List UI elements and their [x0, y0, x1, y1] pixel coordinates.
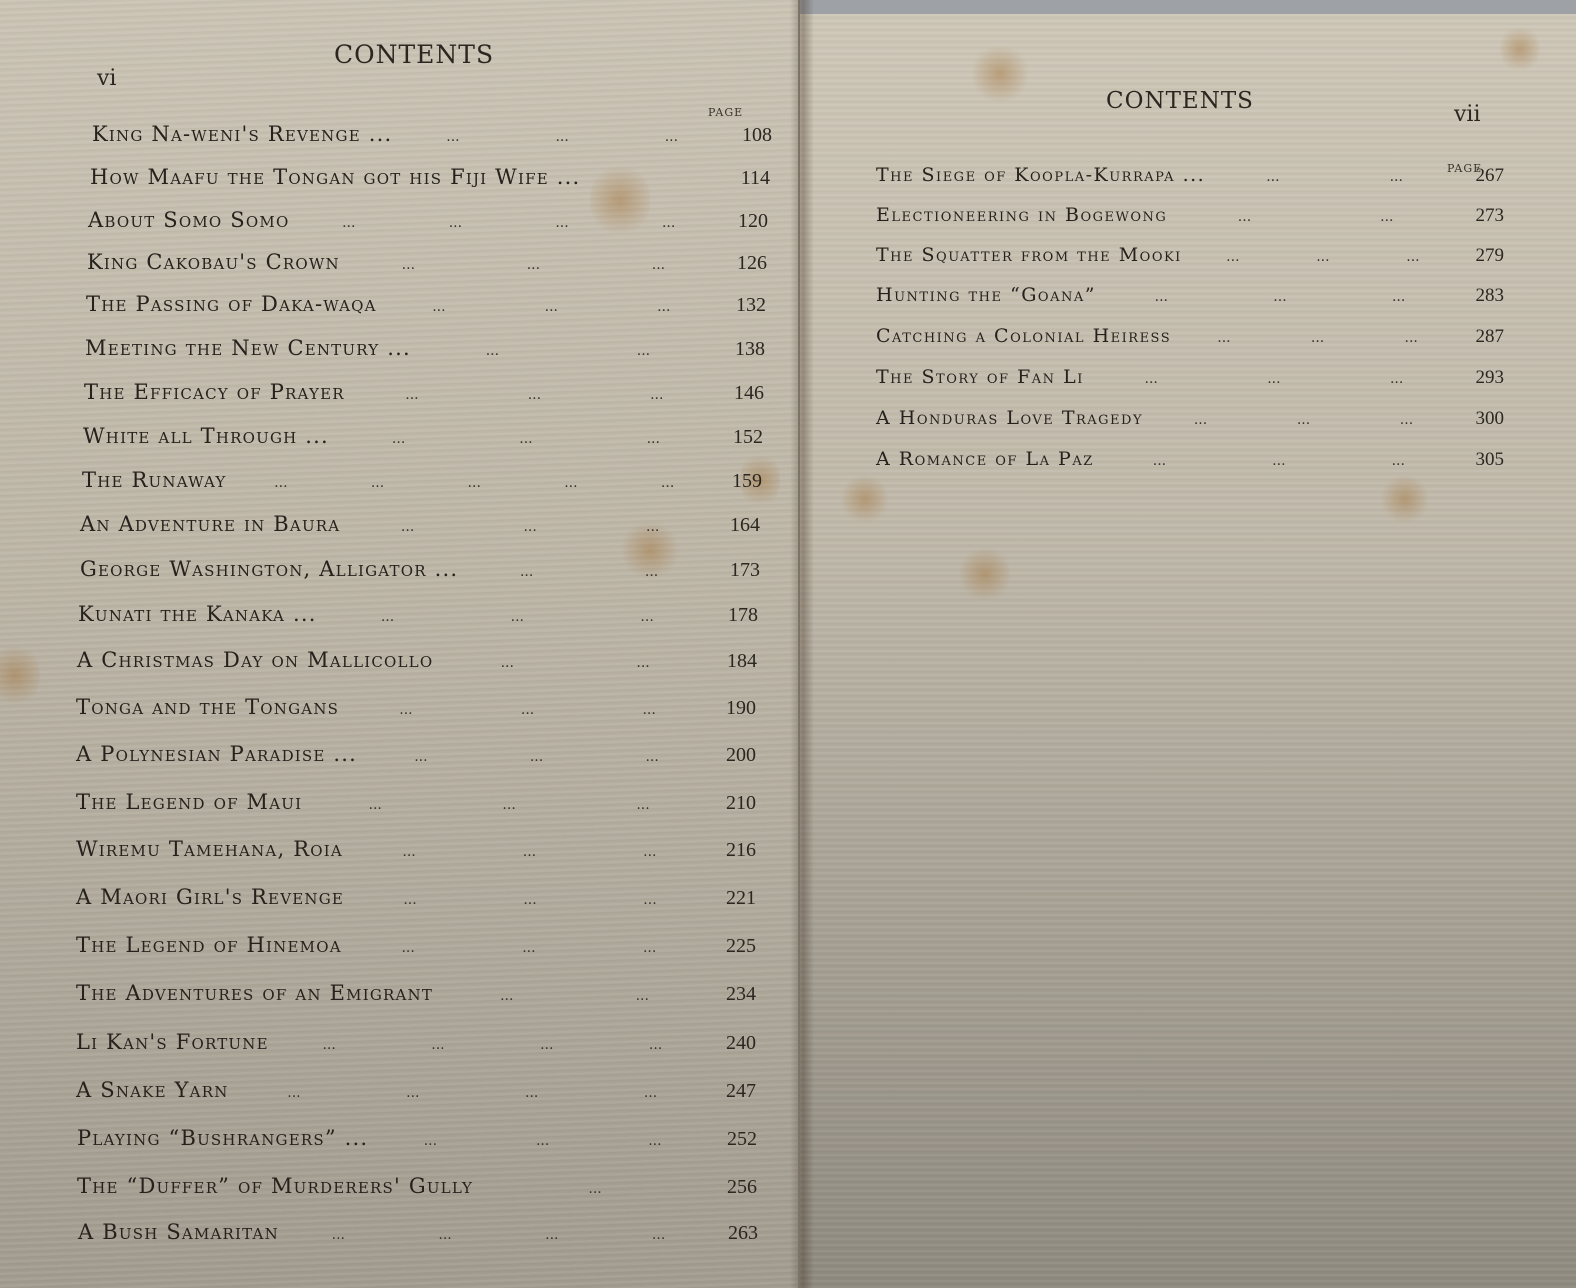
entry-title: The Adventures of an Emigrant [76, 981, 433, 1005]
right-page: CONTENTS vii PAGE The Siege of Koopla-Ku… [800, 14, 1576, 1288]
foxing-stain [0, 640, 40, 710]
entry-title: An Adventure in Baura [80, 512, 340, 536]
page-number-folio: vi [97, 66, 116, 91]
dot-leader: ............ [229, 1085, 716, 1101]
entry-page-number: 267 [1464, 165, 1504, 187]
entry-title: A Snake Yarn [76, 1078, 229, 1102]
entry-title: The Efficacy of Prayer [84, 380, 345, 404]
dot-leader: ......... [1084, 371, 1464, 387]
toc-entry[interactable]: The Passing of Daka-waqa.........132 [86, 292, 766, 317]
toc-entry[interactable]: About Somo Somo............120 [88, 208, 768, 233]
dot-leader: ......... [340, 257, 727, 273]
entry-page-number: 178 [718, 604, 758, 627]
entry-title: The Passing of Daka-waqa [86, 292, 377, 316]
foxing-stain [960, 544, 1010, 604]
book-spread: vi CONTENTS PAGE King Na-weni's Revenge … [0, 0, 1576, 1288]
entry-page-number: 200 [716, 744, 756, 767]
entry-title: A Polynesian Paradise ... [76, 742, 357, 766]
toc-entry[interactable]: Kunati the Kanaka ............178 [78, 602, 758, 627]
toc-entry[interactable]: Electioneering in Bogewong......273 [876, 204, 1504, 227]
toc-entry[interactable]: Li Kan's Fortune............240 [76, 1030, 756, 1055]
entry-title: Li Kan's Fortune [76, 1030, 269, 1054]
entry-page-number: 184 [717, 650, 757, 673]
dot-leader: ... [473, 1181, 717, 1197]
dot-leader: ............... [227, 475, 722, 491]
entry-page-number: 210 [716, 792, 756, 815]
toc-entry[interactable]: George Washington, Alligator .........17… [80, 557, 760, 582]
entry-page-number: 252 [717, 1128, 757, 1151]
entry-page-number: 146 [724, 382, 764, 405]
toc-entry[interactable]: Playing “Bushrangers” ............252 [77, 1126, 757, 1151]
dot-leader: ......... [343, 844, 716, 860]
entry-title: The Legend of Maui [76, 790, 302, 814]
entry-page-number: 221 [716, 887, 756, 910]
toc-entry[interactable]: White all Through ............152 [83, 424, 763, 449]
entry-page-number: 300 [1464, 408, 1504, 430]
toc-entry[interactable]: The Adventures of an Emigrant......234 [76, 981, 756, 1006]
toc-entry[interactable]: The Legend of Hinemoa.........225 [76, 933, 756, 958]
entry-page-number: 283 [1464, 285, 1504, 307]
entry-title: A Maori Girl's Revenge [76, 885, 344, 909]
entry-title: The Legend of Hinemoa [76, 933, 342, 957]
foxing-stain [970, 44, 1030, 104]
dot-leader: ...... [433, 655, 717, 671]
dot-leader: ......... [344, 892, 716, 908]
page-number-folio: vii [1454, 102, 1481, 127]
dot-leader: ......... [345, 387, 724, 403]
toc-entry[interactable]: The Legend of Maui.........210 [76, 790, 756, 815]
dot-leader: ...... [1205, 169, 1464, 185]
toc-entry[interactable]: The Siege of Koopla-Kurrapa .........267 [876, 164, 1504, 187]
foxing-stain [1380, 474, 1430, 524]
toc-entry[interactable]: The Runaway...............159 [82, 468, 762, 493]
toc-entry[interactable]: A Christmas Day on Mallicollo......184 [77, 648, 757, 673]
entry-title: Tonga and the Tongans [76, 695, 339, 719]
entry-page-number: 293 [1464, 367, 1504, 389]
dot-leader: ...... [1167, 209, 1464, 225]
dot-leader: ......... [339, 702, 716, 718]
toc-entry[interactable]: A Romance of La Paz.........305 [876, 448, 1504, 471]
toc-entry[interactable]: King Cakobau's Crown.........126 [87, 250, 767, 275]
entry-title: How Maafu the Tongan got his Fiji Wife .… [90, 165, 580, 189]
toc-entry[interactable]: Tonga and the Tongans.........190 [76, 695, 756, 720]
toc-entry[interactable]: A Maori Girl's Revenge.........221 [76, 885, 756, 910]
entry-title: Catching a Colonial Heiress [876, 325, 1171, 347]
entry-page-number: 216 [716, 839, 756, 862]
toc-entry[interactable]: The Story of Fan Li.........293 [876, 366, 1504, 389]
entry-page-number: 190 [716, 697, 756, 720]
entry-title: Electioneering in Bogewong [876, 204, 1167, 226]
left-page: vi CONTENTS PAGE King Na-weni's Revenge … [0, 0, 798, 1288]
foxing-stain [1500, 24, 1540, 74]
entry-page-number: 159 [722, 470, 762, 493]
entry-title: The Story of Fan Li [876, 366, 1084, 388]
background-strip [800, 0, 1576, 14]
entry-page-number: 164 [720, 514, 760, 537]
dot-leader: ...... [458, 564, 720, 580]
entry-title: George Washington, Alligator ... [80, 557, 458, 581]
entry-page-number: 173 [720, 559, 760, 582]
dot-leader: ......... [392, 129, 732, 145]
dot-leader: ...... [411, 343, 725, 359]
toc-entry[interactable]: A Snake Yarn............247 [76, 1078, 756, 1103]
toc-entry[interactable]: An Adventure in Baura.........164 [80, 512, 760, 537]
dot-leader: ......... [377, 299, 726, 315]
entry-title: The Siege of Koopla-Kurrapa ... [876, 164, 1205, 186]
page-column-label: PAGE [708, 106, 743, 119]
entry-title: King Cakobau's Crown [87, 250, 340, 274]
dot-leader: ......... [1182, 249, 1464, 265]
entry-title: The “Duffer” of Murderers' Gully [77, 1174, 473, 1198]
entry-title: White all Through ... [83, 424, 329, 448]
toc-entry[interactable]: Hunting the “Goana”.........283 [876, 284, 1504, 307]
entry-page-number: 225 [716, 935, 756, 958]
entry-title: About Somo Somo [88, 208, 289, 232]
foxing-stain [840, 474, 890, 524]
entry-page-number: 138 [725, 338, 765, 361]
entry-page-number: 132 [726, 294, 766, 317]
entry-title: A Bush Samaritan [78, 1220, 279, 1244]
dot-leader: ......... [1096, 289, 1464, 305]
running-head: CONTENTS [334, 40, 494, 69]
entry-page-number: 152 [723, 426, 763, 449]
dot-leader: ......... [357, 749, 716, 765]
entry-title: Wiremu Tamehana, Roia [76, 837, 343, 861]
entry-title: Hunting the “Goana” [876, 284, 1096, 306]
toc-entry[interactable]: The Squatter from the Mooki.........279 [876, 244, 1504, 267]
entry-page-number: 263 [718, 1222, 758, 1245]
toc-entry[interactable]: A Honduras Love Tragedy.........300 [876, 407, 1504, 430]
dot-leader: ............ [269, 1037, 716, 1053]
dot-leader: ......... [302, 797, 716, 813]
toc-entry[interactable]: Wiremu Tamehana, Roia.........216 [76, 837, 756, 862]
dot-leader: ......... [329, 431, 723, 447]
entry-title: A Romance of La Paz [876, 448, 1094, 470]
dot-leader: ......... [340, 519, 720, 535]
entry-title: Playing “Bushrangers” ... [77, 1126, 368, 1150]
entry-page-number: 256 [717, 1176, 757, 1199]
toc-entry[interactable]: How Maafu the Tongan got his Fiji Wife .… [90, 165, 770, 190]
entry-page-number: 273 [1464, 205, 1504, 227]
dot-leader: ......... [1171, 330, 1464, 346]
toc-entry[interactable]: The Efficacy of Prayer.........146 [84, 380, 764, 405]
entry-page-number: 108 [732, 124, 772, 147]
entry-page-number: 240 [716, 1032, 756, 1055]
entry-title: King Na-weni's Revenge ... [92, 122, 392, 146]
entry-page-number: 234 [716, 983, 756, 1006]
dot-leader: ............ [289, 215, 728, 231]
entry-page-number: 247 [716, 1080, 756, 1103]
entry-title: Meeting the New Century ... [85, 336, 411, 360]
entry-page-number: 126 [727, 252, 767, 275]
entry-page-number: 120 [728, 210, 768, 233]
toc-entry[interactable]: A Bush Samaritan............263 [78, 1220, 758, 1245]
entry-page-number: 287 [1464, 326, 1504, 348]
entry-page-number: 279 [1464, 245, 1504, 267]
entry-title: A Christmas Day on Mallicollo [77, 648, 433, 672]
entry-title: Kunati the Kanaka ... [78, 602, 317, 626]
toc-entry[interactable]: King Na-weni's Revenge ............108 [92, 122, 772, 147]
toc-entry[interactable]: Meeting the New Century .........138 [85, 336, 765, 361]
dot-leader: ......... [1094, 453, 1464, 469]
dot-leader: ...... [433, 988, 716, 1004]
toc-entry[interactable]: A Polynesian Paradise ............200 [76, 742, 756, 767]
dot-leader: ......... [317, 609, 718, 625]
entry-title: The Runaway [82, 468, 227, 492]
dot-leader: ......... [1143, 412, 1464, 428]
dot-leader: ......... [342, 940, 716, 956]
running-head: CONTENTS [1106, 88, 1254, 114]
dot-leader: ............ [279, 1227, 718, 1243]
entry-page-number: 305 [1464, 449, 1504, 471]
entry-title: A Honduras Love Tragedy [876, 407, 1143, 429]
entry-title: The Squatter from the Mooki [876, 244, 1182, 266]
toc-entry[interactable]: The “Duffer” of Murderers' Gully...256 [77, 1174, 757, 1199]
dot-leader: ......... [368, 1133, 717, 1149]
entry-page-number: 114 [730, 167, 770, 190]
toc-entry[interactable]: Catching a Colonial Heiress.........287 [876, 325, 1504, 348]
